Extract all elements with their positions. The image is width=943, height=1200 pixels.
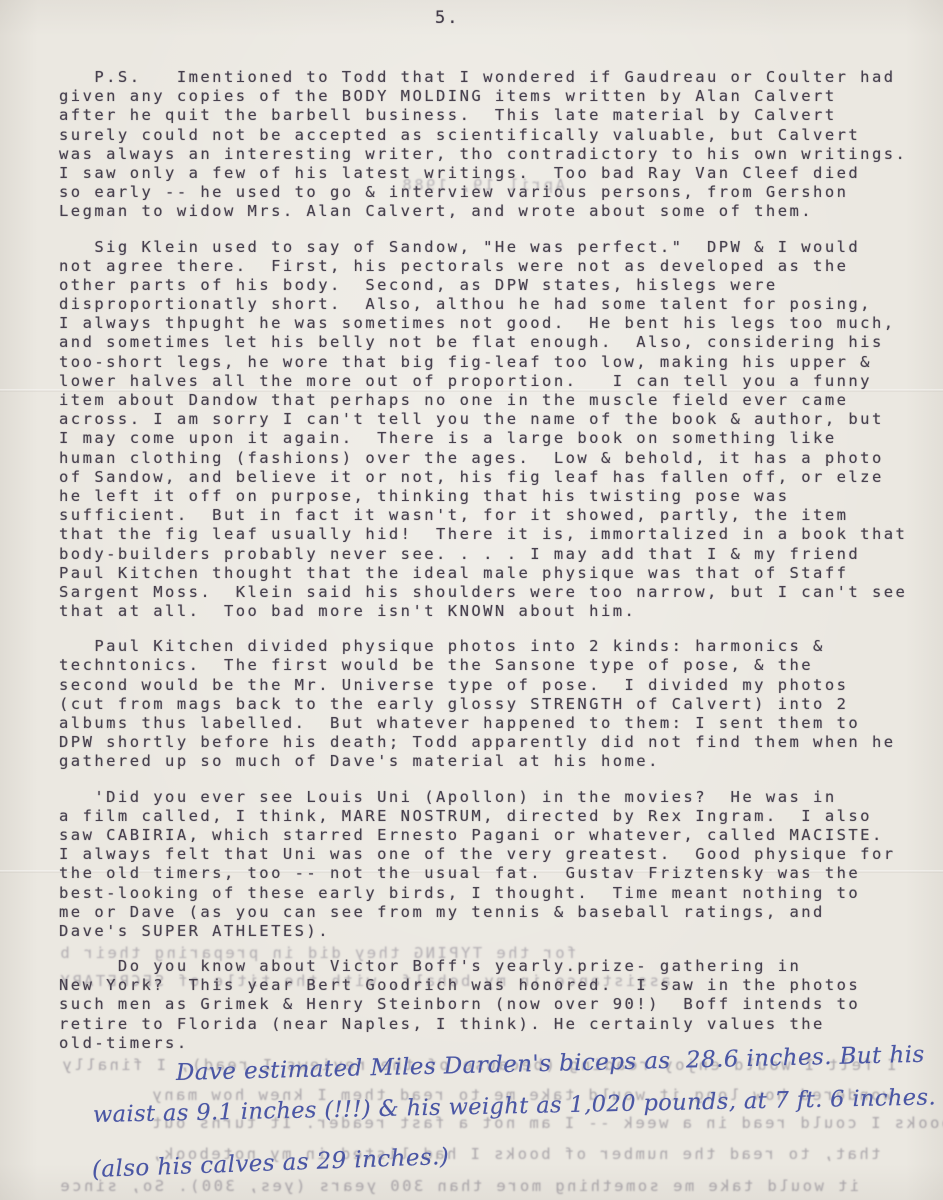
typed-line: across. I am sorry I can't tell you the … [59,410,924,429]
typed-line: and sometimes let his belly not be flat … [59,333,924,352]
typed-line: Paul Kitchen thought that the ideal male… [59,564,924,583]
typed-line: so early -- he used to go & interview va… [59,183,924,202]
typed-line: P.S. Imentioned to Todd that I wondered … [59,68,924,87]
typed-line: was always an interesting writer, tho co… [59,145,924,164]
typed-line: not agree there. First, his pectorals we… [59,257,924,276]
bleedthrough-line: it would take me something more than 300… [58,1177,859,1195]
typed-paragraph: P.S. Imentioned to Todd that I wondered … [59,68,924,222]
typed-line: Sig Klein used to say of Sandow, "He was… [59,238,924,257]
typed-line: saw CABIRIA, which starred Ernesto Pagan… [59,826,924,845]
typed-line: New York? This year Bert Goodrich was ho… [59,976,924,995]
typed-line: a film called, I think, MARE NOSTRUM, di… [59,807,924,826]
typed-line: second would be the Mr. Universe type of… [59,676,924,695]
typed-line: Dave's SUPER ATHLETES). [59,922,924,941]
typed-line: (cut from mags back to the early glossy … [59,695,924,714]
typed-line: the old timers, too -- not the usual fat… [59,864,924,883]
typed-line: item about Dandow that perhaps no one in… [59,391,924,410]
typed-line: Legman to widow Mrs. Alan Calvert, and w… [59,202,924,221]
typed-line: other parts of his body. Second, as DPW … [59,276,924,295]
typed-paragraph: Do you know about Victor Boff's yearly.p… [59,957,924,1053]
typed-line: me or Dave (as you can see from my tenni… [59,903,924,922]
typed-line: that at all. Too bad more isn't KNOWN ab… [59,602,924,621]
handwritten-line: (also his calves as 29 inches.) [92,1144,450,1183]
bleedthrough-line: books I could read in a week -- I am not… [150,1114,943,1132]
typed-line: after he quit the barbell business. This… [59,106,924,125]
typed-line: Do you know about Victor Boff's yearly.p… [59,957,924,976]
scanned-letter-page: April 19, 1988for the TYPING they did in… [0,0,943,1200]
typed-line: of Sandow, and believe it or not, his fi… [59,468,924,487]
typed-line: lower halves all the more out of proport… [59,372,924,391]
typed-line: I saw only a few of his latest writings.… [59,164,924,183]
typed-line: body-builders probably never see. . . . … [59,545,924,564]
typed-paragraph: Sig Klein used to say of Sandow, "He was… [59,238,924,622]
typed-paragraph: 'Did you ever see Louis Uni (Apollon) in… [59,788,924,942]
typed-line: such men as Grimek & Henry Steinborn (no… [59,995,924,1014]
typed-line: I may come upon it again. There is a lar… [59,429,924,448]
typed-line: old-timers. [59,1034,924,1053]
typed-line: gathered up so much of Dave's material a… [59,752,924,771]
typed-line: sufficient. But in fact it wasn't, for i… [59,506,924,525]
typed-line: Sargent Moss. Klein said his shoulders w… [59,583,924,602]
bleedthrough-line: that, to read the number of books I had … [150,1145,880,1163]
typed-line: human clothing (fashions) over the ages.… [59,449,924,468]
typed-line: 'Did you ever see Louis Uni (Apollon) in… [59,788,924,807]
typed-paragraph: Paul Kitchen divided physique photos int… [59,637,924,771]
page-number: 5. [435,8,459,28]
typed-line: too-short legs, he wore that big fig-lea… [59,353,924,372]
bleedthrough-line: wondered how long it would take me to re… [150,1086,892,1104]
handwritten-line: waist as 9.1 inches (!!!) & his weight a… [93,1084,937,1128]
typed-line: given any copies of the BODY MOLDING ite… [59,87,924,106]
typed-line: that the fig leaf usually hid! There it … [59,525,924,544]
typed-line: he left it off on purpose, thinking that… [59,487,924,506]
typed-line: techntonics. The first would be the Sans… [59,656,924,675]
typed-line: retire to Florida (near Naples, I think)… [59,1015,924,1034]
typed-line: disproportionatly short. Also, althou he… [59,295,924,314]
typed-line: I always felt that Uni was one of the ve… [59,845,924,864]
typed-line: I always thpught he was sometimes not go… [59,314,924,333]
typed-letter-body: P.S. Imentioned to Todd that I wondered … [59,68,924,1069]
typed-line: Paul Kitchen divided physique photos int… [59,637,924,656]
typed-line: surely could not be accepted as scientif… [59,126,924,145]
typed-line: best-looking of these early birds, I tho… [59,884,924,903]
typed-line: albums thus labelled. But whatever happe… [59,714,924,733]
typed-line: DPW shortly before his death; Todd appar… [59,733,924,752]
